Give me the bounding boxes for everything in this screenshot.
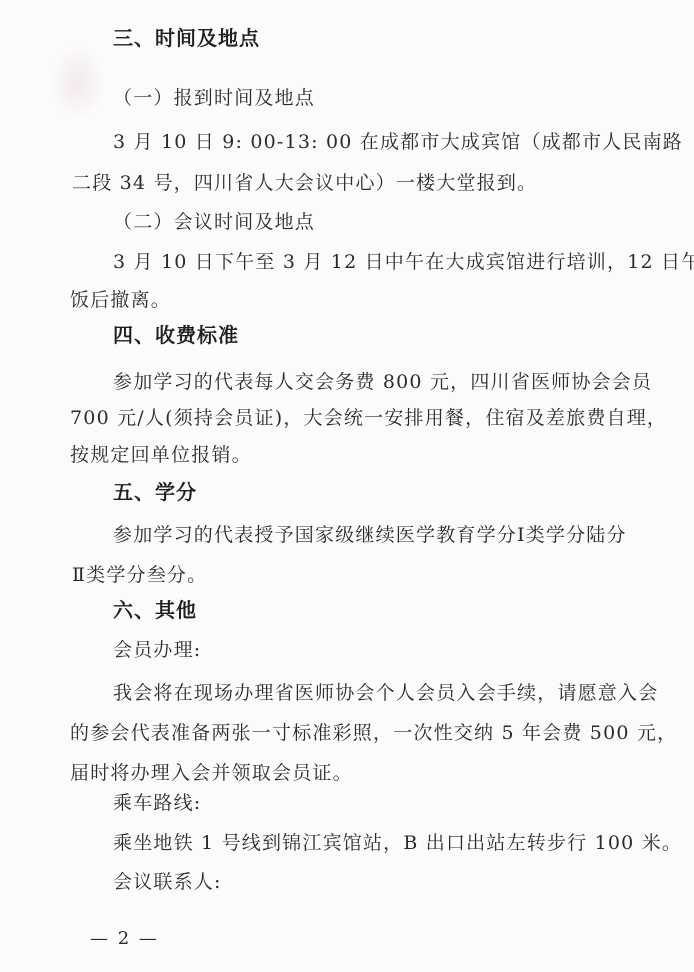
section-3-heading: 三、时间及地点 [113,25,260,51]
section-5-line2: Ⅱ类学分叁分。 [72,562,207,588]
route-label: 乘车路线: [113,790,201,816]
section-3-sub1-title: （一）报到时间及地点 [113,85,315,111]
section-4-heading: 四、收费标准 [113,322,239,348]
section-3-sub1-line1: 3 月 10 日 9: 00-13: 00 在成都市大成宾馆（成都市人民南路 [113,129,683,155]
section-3-sub2-title: （二）会议时间及地点 [113,209,315,235]
section-4-line1: 参加学习的代表每人交会务费 800 元，四川省医师协会会员 [113,369,652,395]
membership-line3: 届时将办理入会并领取会员证。 [70,760,353,786]
membership-line2: 的参会代表准备两张一寸标准彩照，一次性交纳 5 年会费 500 元， [70,720,677,746]
section-6-heading: 六、其他 [113,597,197,623]
membership-line1: 我会将在现场办理省医师协会个人会员入会手续，请愿意入会 [113,680,658,706]
scan-artifact [50,45,105,120]
section-5-heading: 五、学分 [113,479,197,505]
section-3-sub1-line2: 二段 34 号，四川省人大会议中心）一楼大堂报到。 [72,170,537,196]
section-4-line3: 按规定回单位报销。 [70,442,252,468]
page-number: — 2 — [90,928,159,949]
section-3-sub2-line2: 饭后撤离。 [70,287,171,313]
section-4-line2: 700 元/人(须持会员证)，大会统一安排用餐，住宿及差旅费自理， [70,405,667,431]
section-5-line1: 参加学习的代表授予国家级继续医学教育学分Ⅰ类学分陆分 [113,522,627,548]
contact-label: 会议联系人: [113,869,222,895]
document-page: 三、时间及地点 （一）报到时间及地点 3 月 10 日 9: 00-13: 00… [0,0,694,972]
membership-label: 会员办理: [113,637,201,663]
section-3-sub2-line1: 3 月 10 日下午至 3 月 12 日中午在大成宾馆进行培训，12 日午 [113,249,694,275]
route-line1: 乘坐地铁 1 号线到锦江宾馆站，B 出口出站左转步行 100 米。 [113,830,682,856]
